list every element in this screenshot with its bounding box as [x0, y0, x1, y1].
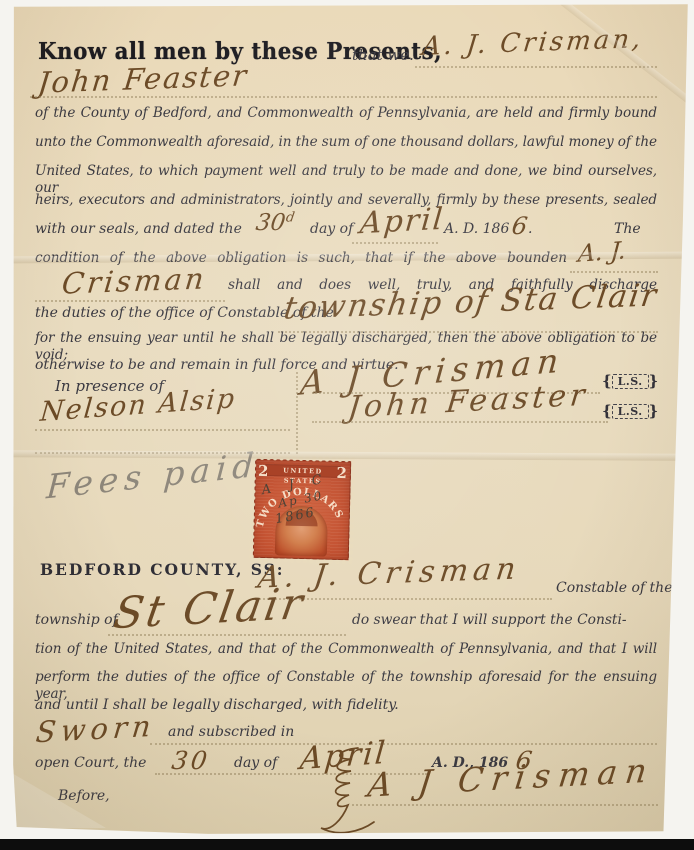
day-of-label: day of: [234, 755, 277, 771]
dotted-line: [108, 634, 346, 636]
constable-of-label: Constable of the: [556, 580, 672, 596]
bond-body-line: of the County of Bedford, and Commonweal…: [35, 105, 657, 122]
subscribed-label: and subscribed in: [168, 724, 294, 740]
handwritten-surety-name: John Feaster: [36, 58, 250, 99]
handwritten-bottom-signature: A J Crisman: [366, 750, 657, 804]
vertical-dotted-divider: [296, 372, 298, 454]
handwritten-initials: A. J.: [577, 236, 627, 268]
scanned-document-page: Know all men by these Presents, that we.…: [0, 0, 694, 850]
stamp-body: UNITED STATES 2 2 TWO DOLLARS A J C Ap 3…: [253, 459, 352, 560]
dotted-line: [35, 300, 225, 302]
bond-body-line: unto the Commonwealth aforesaid, in the …: [35, 134, 657, 151]
handwritten-township-name: St Clair: [110, 579, 309, 639]
seal-ls: {L.S.}: [602, 404, 658, 419]
day-of-label: day of: [310, 221, 353, 237]
the-label: The: [614, 221, 641, 237]
dotted-line: [312, 421, 608, 423]
dotted-line: [415, 66, 657, 68]
day-number: 30: [254, 210, 287, 236]
ad-label: A. D. 186: [444, 221, 509, 237]
seal-label: L.S.: [612, 404, 649, 419]
dotted-line: [352, 804, 658, 806]
bond-body-line: heirs, executors and administrators, joi…: [35, 192, 657, 209]
swear-line: do swear that I will support the Consti-: [352, 612, 627, 628]
stamp-perforation: [347, 458, 356, 563]
handwritten-principal-name: A. J. Crisman,: [420, 24, 644, 62]
that-we-label: that we.: [352, 46, 414, 64]
open-court-label: open Court, the: [35, 755, 146, 771]
scan-edge-strip: [0, 839, 694, 850]
seal-brace: }: [649, 374, 659, 389]
period: .: [528, 221, 532, 237]
seal-label: L.S.: [612, 374, 649, 389]
dotted-line: [352, 242, 438, 244]
handwritten-year-digit: 6: [510, 212, 529, 240]
document-paper: Know all men by these Presents, that we.…: [0, 0, 694, 850]
oath-body-line: and until I shall be legally discharged,…: [35, 697, 399, 713]
handwritten-court-day: 30: [170, 746, 212, 775]
seal-brace: {: [602, 374, 612, 389]
handwritten-sworn: Sworn: [34, 709, 157, 750]
seal-ls: {L.S.}: [602, 374, 658, 389]
dotted-line: [35, 429, 290, 431]
dotted-line: [570, 271, 658, 273]
seal-brace: }: [649, 404, 659, 419]
seal-brace: {: [602, 404, 612, 419]
handwritten-day: 30d: [254, 210, 295, 236]
day-suffix: d: [285, 210, 296, 225]
handwritten-surname: Crisman: [60, 261, 208, 300]
condition-line: condition of the above obligation is suc…: [35, 250, 567, 266]
handwritten-month: April: [359, 202, 446, 242]
dated-prefix: with our seals, and dated the: [35, 221, 242, 237]
dotted-line: [30, 96, 657, 98]
township-label: township of: [35, 612, 118, 628]
revenue-stamp: UNITED STATES 2 2 TWO DOLLARS A J C Ap 3…: [251, 457, 354, 563]
oath-body-line: tion of the United States, and that of t…: [35, 641, 657, 658]
dotted-line: [150, 743, 657, 745]
before-label: Before,: [58, 788, 110, 804]
county-heading: BEDFORD COUNTY, SS:: [40, 560, 284, 579]
